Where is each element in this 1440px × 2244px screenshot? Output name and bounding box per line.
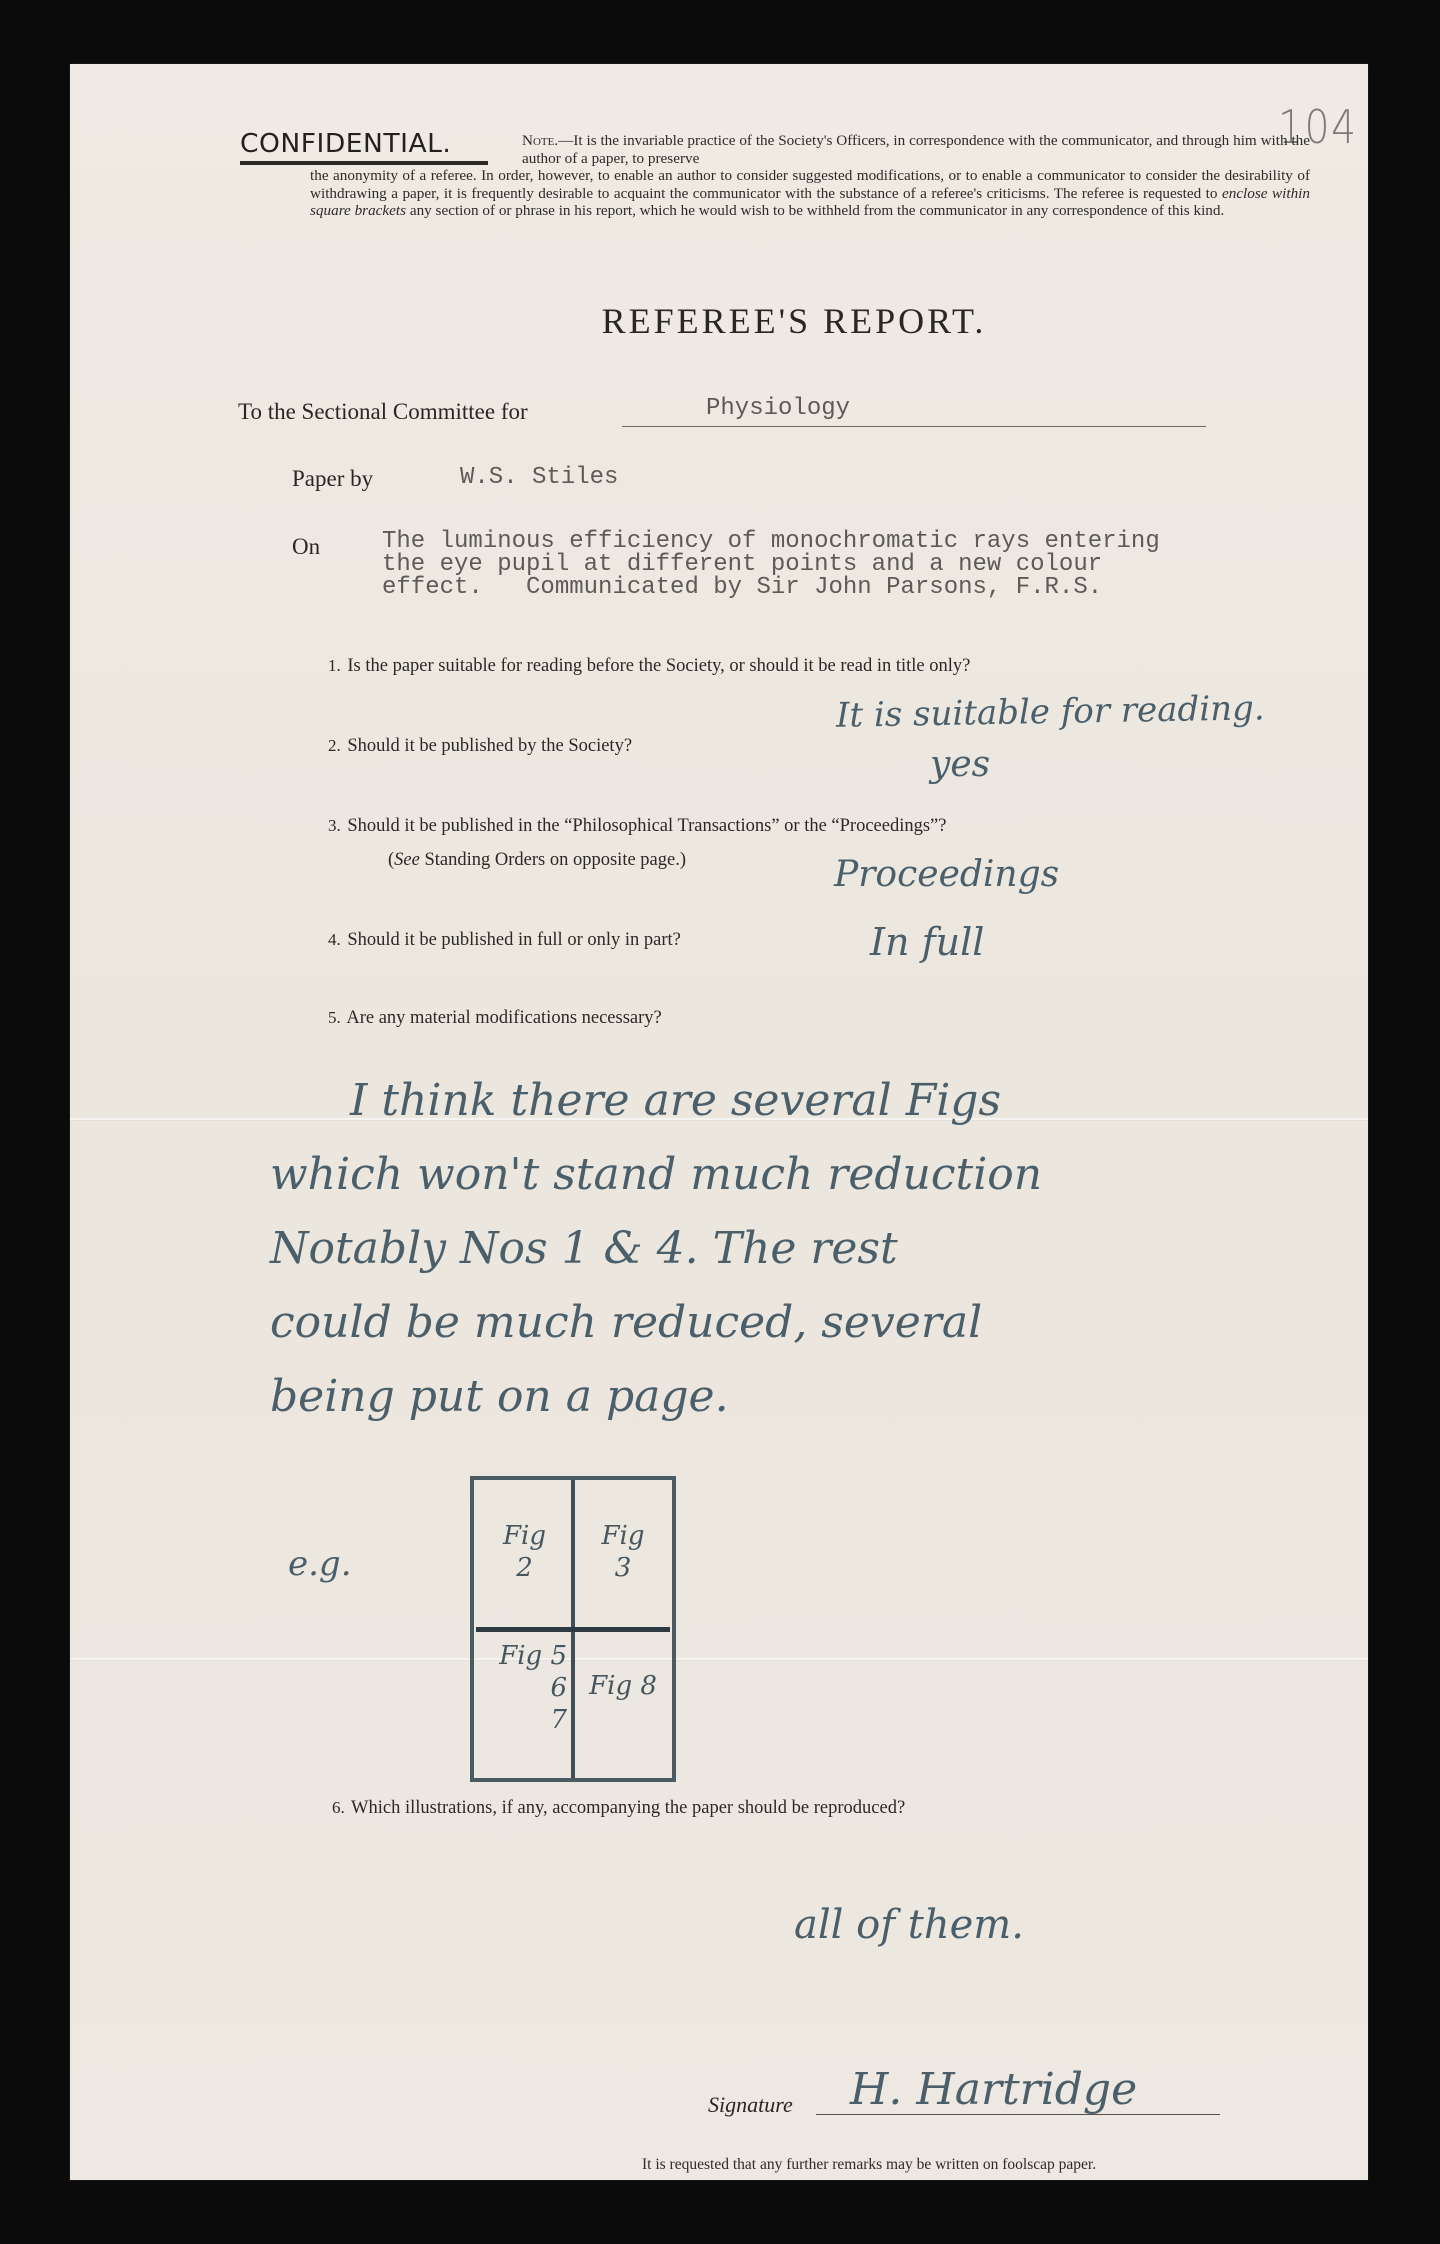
question-number: 6.: [332, 1798, 345, 1817]
question-6: 6. Which illustrations, if any, accompan…: [332, 1798, 905, 1819]
answer-6-handwritten[interactable]: all of them.: [794, 1902, 1024, 1948]
question-5: 5. Are any material modifications necess…: [328, 1008, 662, 1029]
sketch-divider-horizontal: [476, 1627, 670, 1632]
question-1: 1. Is the paper suitable for reading bef…: [328, 656, 970, 677]
answer-line: being put on a page.: [270, 1360, 1042, 1434]
note-text: —It is the invariable practice of the So…: [522, 132, 1310, 167]
question-2: 2. Should it be published by the Society…: [328, 736, 632, 757]
note-first-lines: Note.—It is the invariable practice of t…: [310, 132, 1310, 167]
answer-2-handwritten[interactable]: yes: [930, 744, 990, 785]
signature-label: Signature: [708, 2092, 793, 2118]
question-number: 2.: [328, 736, 341, 755]
question-text: Should it be published by the Society?: [347, 736, 632, 756]
committee-value[interactable]: Physiology: [706, 395, 850, 422]
question-text: Which illustrations, if any, accompanyin…: [351, 1798, 905, 1818]
answer-3-handwritten[interactable]: Proceedings: [834, 854, 1059, 895]
sketch-cell-fig-5-6-7: Fig 5 6 7: [482, 1640, 567, 1736]
question-number: 3.: [328, 816, 341, 835]
question-text: Are any material modifications necessary…: [346, 1008, 661, 1028]
figure-layout-sketch: Fig 2 Fig 3 Fig 5 6 7 Fig 8: [470, 1476, 676, 1782]
committee-underline: [622, 426, 1206, 427]
paper-by-label: Paper by: [292, 466, 373, 492]
confidentiality-note: Note.—It is the invariable practice of t…: [310, 132, 1310, 220]
note-text-end: any section of or phrase in his report, …: [410, 202, 1224, 219]
answer-line: which won't stand much reduction: [270, 1138, 1042, 1212]
question-4: 4. Should it be published in full or onl…: [328, 930, 681, 951]
question-text: Should it be published in full or only i…: [347, 930, 680, 950]
standing-orders-text: Standing Orders on opposite page.): [424, 850, 686, 870]
answer-4-handwritten[interactable]: In full: [870, 920, 984, 964]
paper-fold-line: [70, 1658, 1368, 1661]
eg-label: e.g.: [288, 1544, 352, 1584]
note-text-rest: the anonymity of a referee. In order, ho…: [310, 167, 1310, 202]
question-3-note: (See Standing Orders on opposite page.): [388, 850, 686, 871]
see-italic: See: [394, 850, 420, 870]
note-label: Note.: [522, 132, 558, 149]
answer-line: Notably Nos 1 & 4. The rest: [270, 1212, 1042, 1286]
sketch-cell-fig-2: Fig 2: [482, 1520, 567, 1584]
answer-line: could be much reduced, several: [270, 1286, 1042, 1360]
paper-by-value[interactable]: W.S. Stiles: [460, 464, 618, 491]
paper-title-line: the eye pupil at different points and a …: [382, 553, 1160, 576]
page-title: REFEREE'S REPORT.: [70, 300, 1368, 342]
answer-5-handwritten[interactable]: I think there are several Figs which won…: [270, 1064, 1042, 1434]
referee-report-page: 104 CONFIDENTIAL. Note.—It is the invari…: [70, 64, 1368, 2180]
answer-1-handwritten[interactable]: It is suitable for reading.: [836, 688, 1265, 735]
question-number: 5.: [328, 1008, 341, 1027]
foolscap-footnote: It is requested that any further remarks…: [642, 2156, 1096, 2174]
signature-handwritten[interactable]: H. Hartridge: [850, 2064, 1137, 2115]
question-3: 3. Should it be published in the “Philos…: [328, 816, 946, 837]
answer-line: I think there are several Figs: [270, 1064, 1042, 1138]
question-text: Should it be published in the “Philosoph…: [347, 816, 946, 836]
question-number: 1.: [328, 656, 341, 675]
question-number: 4.: [328, 930, 341, 949]
paper-title-line: The luminous efficiency of monochromatic…: [382, 530, 1160, 553]
paper-title-line: effect. Communicated by Sir John Parsons…: [382, 576, 1160, 599]
sketch-cell-fig-3: Fig 3: [578, 1520, 668, 1584]
on-label: On: [292, 534, 320, 560]
committee-label: To the Sectional Committee for: [238, 399, 528, 425]
sketch-cell-fig-8: Fig 8: [578, 1670, 668, 1702]
question-text: Is the paper suitable for reading before…: [347, 656, 970, 676]
paper-title-value[interactable]: The luminous efficiency of monochromatic…: [382, 530, 1160, 599]
